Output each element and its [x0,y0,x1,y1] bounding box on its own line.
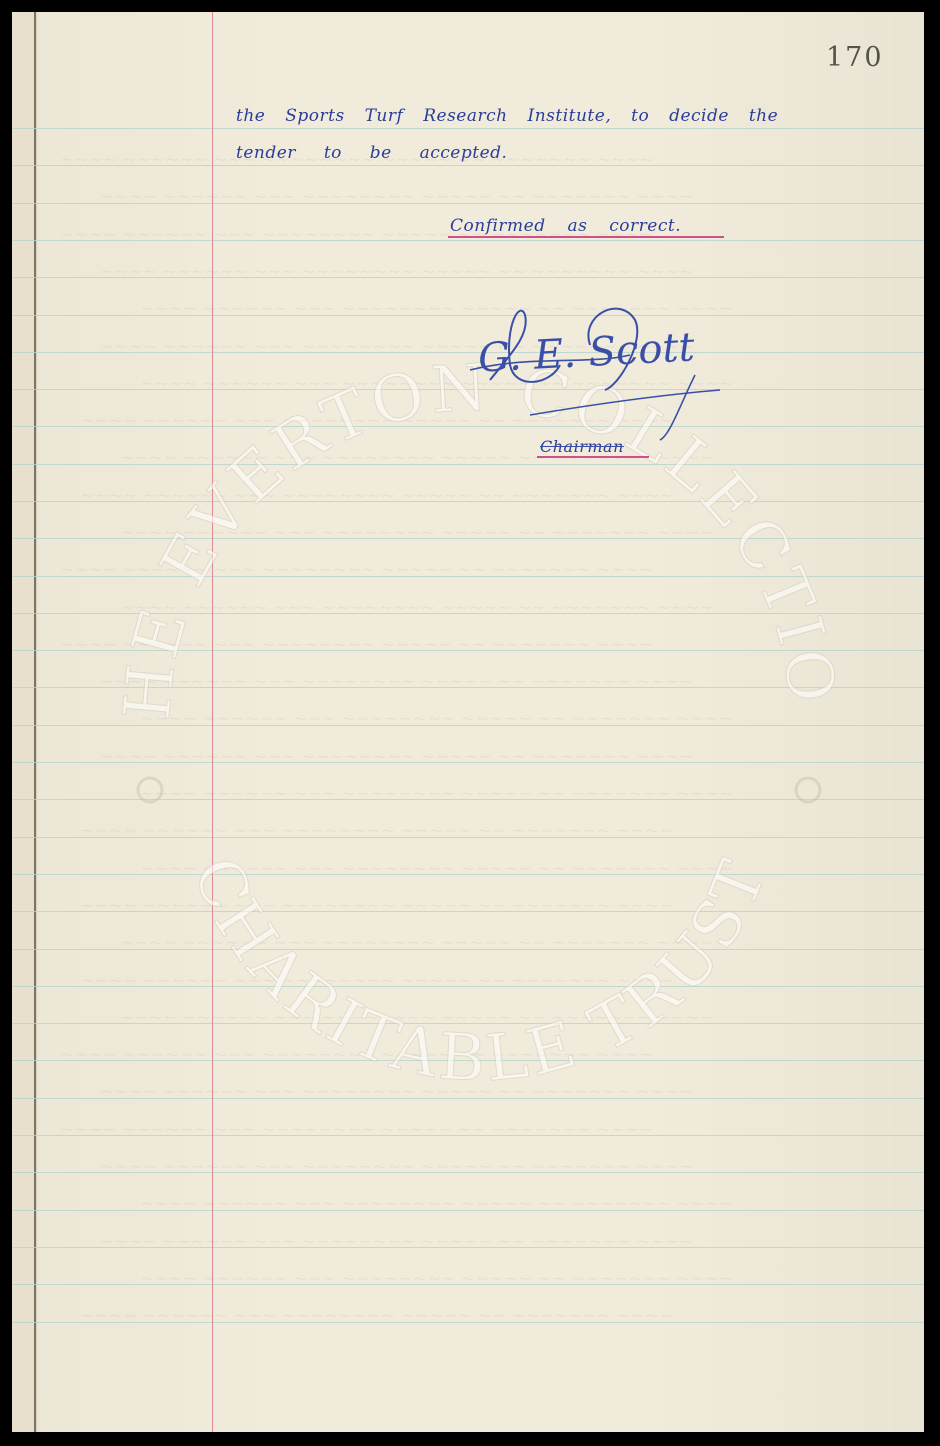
ghost-line: ~~~~ ~~~~~~ ~~~ ~~~~~~~~ ~~~~~ ~~ ~~~~~~… [140,1269,733,1289]
ghost-line: ~~~~ ~~~~~~ ~~~ ~~~~~~~~ ~~~~~ ~~ ~~~~~~… [100,1082,693,1102]
ghost-line: ~~~~ ~~~~~~ ~~~ ~~~~~~~~ ~~~~~ ~~ ~~~~~~… [120,523,713,543]
ghost-line: ~~~~ ~~~~~~ ~~~ ~~~~~~~~ ~~~~~ ~~ ~~~~~~… [100,1157,693,1177]
rule-line [12,128,924,129]
ghost-line: ~~~~ ~~~~~~ ~~~ ~~~~~~~~ ~~~~~ ~~ ~~~~~~… [80,1306,673,1326]
ghost-line: ~~~~ ~~~~~~ ~~~ ~~~~~~~~ ~~~~~ ~~ ~~~~~~… [80,971,673,991]
ghost-line: ~~~~ ~~~~~~ ~~~ ~~~~~~~~ ~~~~~ ~~ ~~~~~~… [80,486,673,506]
ghost-line: ~~~~ ~~~~~~ ~~~ ~~~~~~~~ ~~~~~ ~~ ~~~~~~… [80,896,673,916]
ghost-line: ~~~~ ~~~~~~ ~~~ ~~~~~~~~ ~~~~~ ~~ ~~~~~~… [120,598,713,618]
ghost-line: ~~~~ ~~~~~~ ~~~ ~~~~~~~~ ~~~~~ ~~ ~~~~~~… [100,262,693,282]
ghost-line: ~~~~ ~~~~~~ ~~~ ~~~~~~~~ ~~~~~ ~~ ~~~~~~… [60,1045,653,1065]
ghost-line: ~~~~ ~~~~~~ ~~~ ~~~~~~~~ ~~~~~ ~~ ~~~~~~… [100,1232,693,1252]
ghost-line: ~~~~ ~~~~~~ ~~~ ~~~~~~~~ ~~~~~ ~~ ~~~~~~… [140,784,733,804]
ghost-line: ~~~~ ~~~~~~ ~~~ ~~~~~~~~ ~~~~~ ~~ ~~~~~~… [140,859,733,879]
ghost-line: ~~~~ ~~~~~~ ~~~ ~~~~~~~~ ~~~~~ ~~ ~~~~~~… [100,747,693,767]
ghost-line: ~~~~ ~~~~~~ ~~~ ~~~~~~~~ ~~~~~ ~~ ~~~~~~… [140,1194,733,1214]
ghost-line: ~~~~ ~~~~~~ ~~~ ~~~~~~~~ ~~~~~ ~~ ~~~~~~… [60,560,653,580]
handwritten-line-2: tender to be accepted. [236,143,507,163]
ghost-line: ~~~~ ~~~~~~ ~~~ ~~~~~~~~ ~~~~~ ~~ ~~~~~~… [60,635,653,655]
ghost-line: ~~~~ ~~~~~~ ~~~ ~~~~~~~~ ~~~~~ ~~ ~~~~~~… [100,187,693,207]
confirmation-underline [448,236,724,238]
confirmation-text: Confirmed as correct. [450,216,681,236]
ghost-line: ~~~~ ~~~~~~ ~~~ ~~~~~~~~ ~~~~~ ~~ ~~~~~~… [100,672,693,692]
signatory-title-underline [537,456,649,458]
ghost-line: ~~~~ ~~~~~~ ~~~ ~~~~~~~~ ~~~~~ ~~ ~~~~~~… [140,709,733,729]
page-number: 170 [826,42,884,73]
ghost-line: ~~~~ ~~~~~~ ~~~ ~~~~~~~~ ~~~~~ ~~ ~~~~~~… [80,821,673,841]
handwritten-line-1: the Sports Turf Research Institute, to d… [236,106,778,126]
ghost-line: ~~~~ ~~~~~~ ~~~ ~~~~~~~~ ~~~~~ ~~ ~~~~~~… [120,933,713,953]
signatory-title: Chairman [540,437,624,456]
ghost-line: ~~~~ ~~~~~~ ~~~ ~~~~~~~~ ~~~~~ ~~ ~~~~~~… [120,1008,713,1028]
ghost-line: ~~~~ ~~~~~~ ~~~ ~~~~~~~~ ~~~~~ ~~ ~~~~~~… [60,1120,653,1140]
